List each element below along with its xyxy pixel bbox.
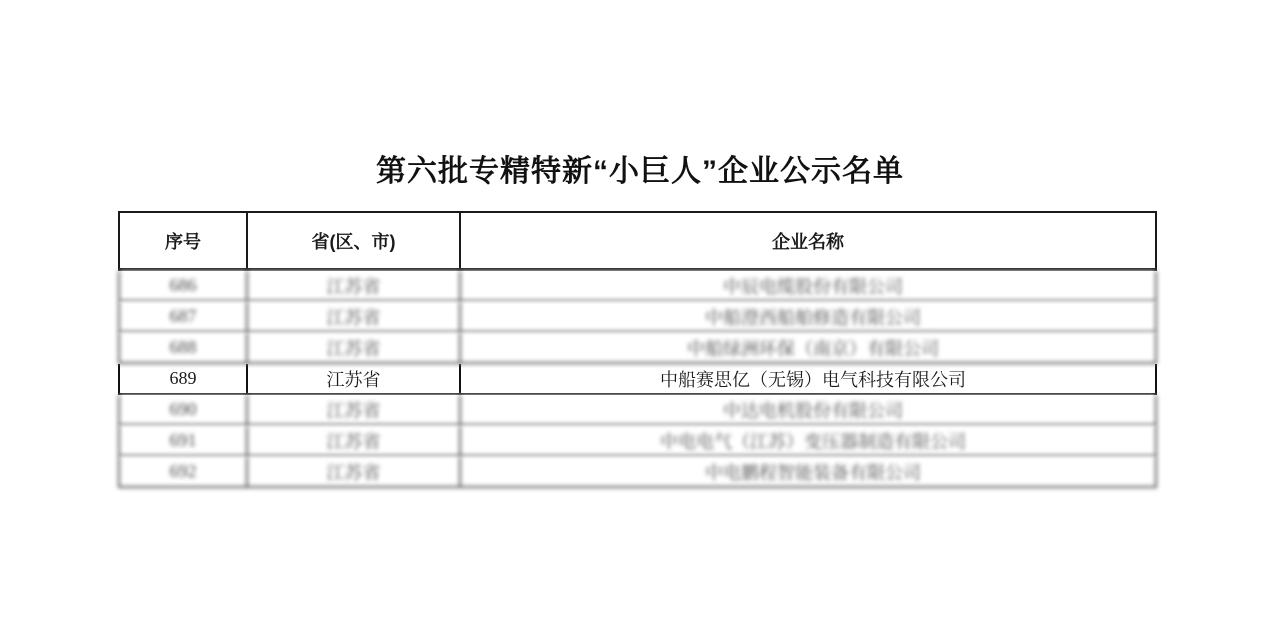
- cell-company-name: 中船赛思亿（无锡）电气科技有限公司: [461, 364, 1157, 395]
- header-serial-number: 序号: [118, 211, 248, 271]
- cell-province: 江苏省: [248, 395, 461, 426]
- cell-company-name: 中辰电缆股份有限公司: [461, 271, 1157, 302]
- header-province: 省(区、市): [248, 211, 461, 271]
- table-row: 687 江苏省 中船澄西船舶修造有限公司: [118, 302, 1157, 333]
- cell-serial-number: 691: [118, 426, 248, 457]
- document-page: 第六批专精特新“小巨人”企业公示名单 序号 省(区、市) 企业名称 686 江苏…: [0, 0, 1280, 643]
- cell-province: 江苏省: [248, 364, 461, 395]
- cell-province: 江苏省: [248, 271, 461, 302]
- table-header-row: 序号 省(区、市) 企业名称: [118, 211, 1157, 271]
- cell-serial-number: 686: [118, 271, 248, 302]
- cell-company-name: 中电鹏程智能装备有限公司: [461, 457, 1157, 488]
- cell-serial-number: 689: [118, 364, 248, 395]
- header-company-name: 企业名称: [461, 211, 1157, 271]
- page-title: 第六批专精特新“小巨人”企业公示名单: [0, 146, 1280, 190]
- table-row: 689 江苏省 中船赛思亿（无锡）电气科技有限公司: [118, 364, 1157, 395]
- table-row: 686 江苏省 中辰电缆股份有限公司: [118, 271, 1157, 302]
- table-body: 686 江苏省 中辰电缆股份有限公司 687 江苏省 中船澄西船舶修造有限公司 …: [118, 271, 1157, 488]
- table-row: 688 江苏省 中船绿洲环保（南京）有限公司: [118, 333, 1157, 364]
- cell-serial-number: 692: [118, 457, 248, 488]
- cell-serial-number: 690: [118, 395, 248, 426]
- cell-province: 江苏省: [248, 457, 461, 488]
- cell-company-name: 中船澄西船舶修造有限公司: [461, 302, 1157, 333]
- cell-province: 江苏省: [248, 426, 461, 457]
- table-row: 692 江苏省 中电鹏程智能装备有限公司: [118, 457, 1157, 488]
- cell-company-name: 中达电机股份有限公司: [461, 395, 1157, 426]
- table-row: 691 江苏省 中电电气（江苏）变压器制造有限公司: [118, 426, 1157, 457]
- cell-serial-number: 687: [118, 302, 248, 333]
- cell-serial-number: 688: [118, 333, 248, 364]
- cell-company-name: 中电电气（江苏）变压器制造有限公司: [461, 426, 1157, 457]
- cell-province: 江苏省: [248, 302, 461, 333]
- table-row: 690 江苏省 中达电机股份有限公司: [118, 395, 1157, 426]
- cell-province: 江苏省: [248, 333, 461, 364]
- enterprise-table: 序号 省(区、市) 企业名称 686 江苏省 中辰电缆股份有限公司 687 江苏…: [118, 211, 1157, 488]
- cell-company-name: 中船绿洲环保（南京）有限公司: [461, 333, 1157, 364]
